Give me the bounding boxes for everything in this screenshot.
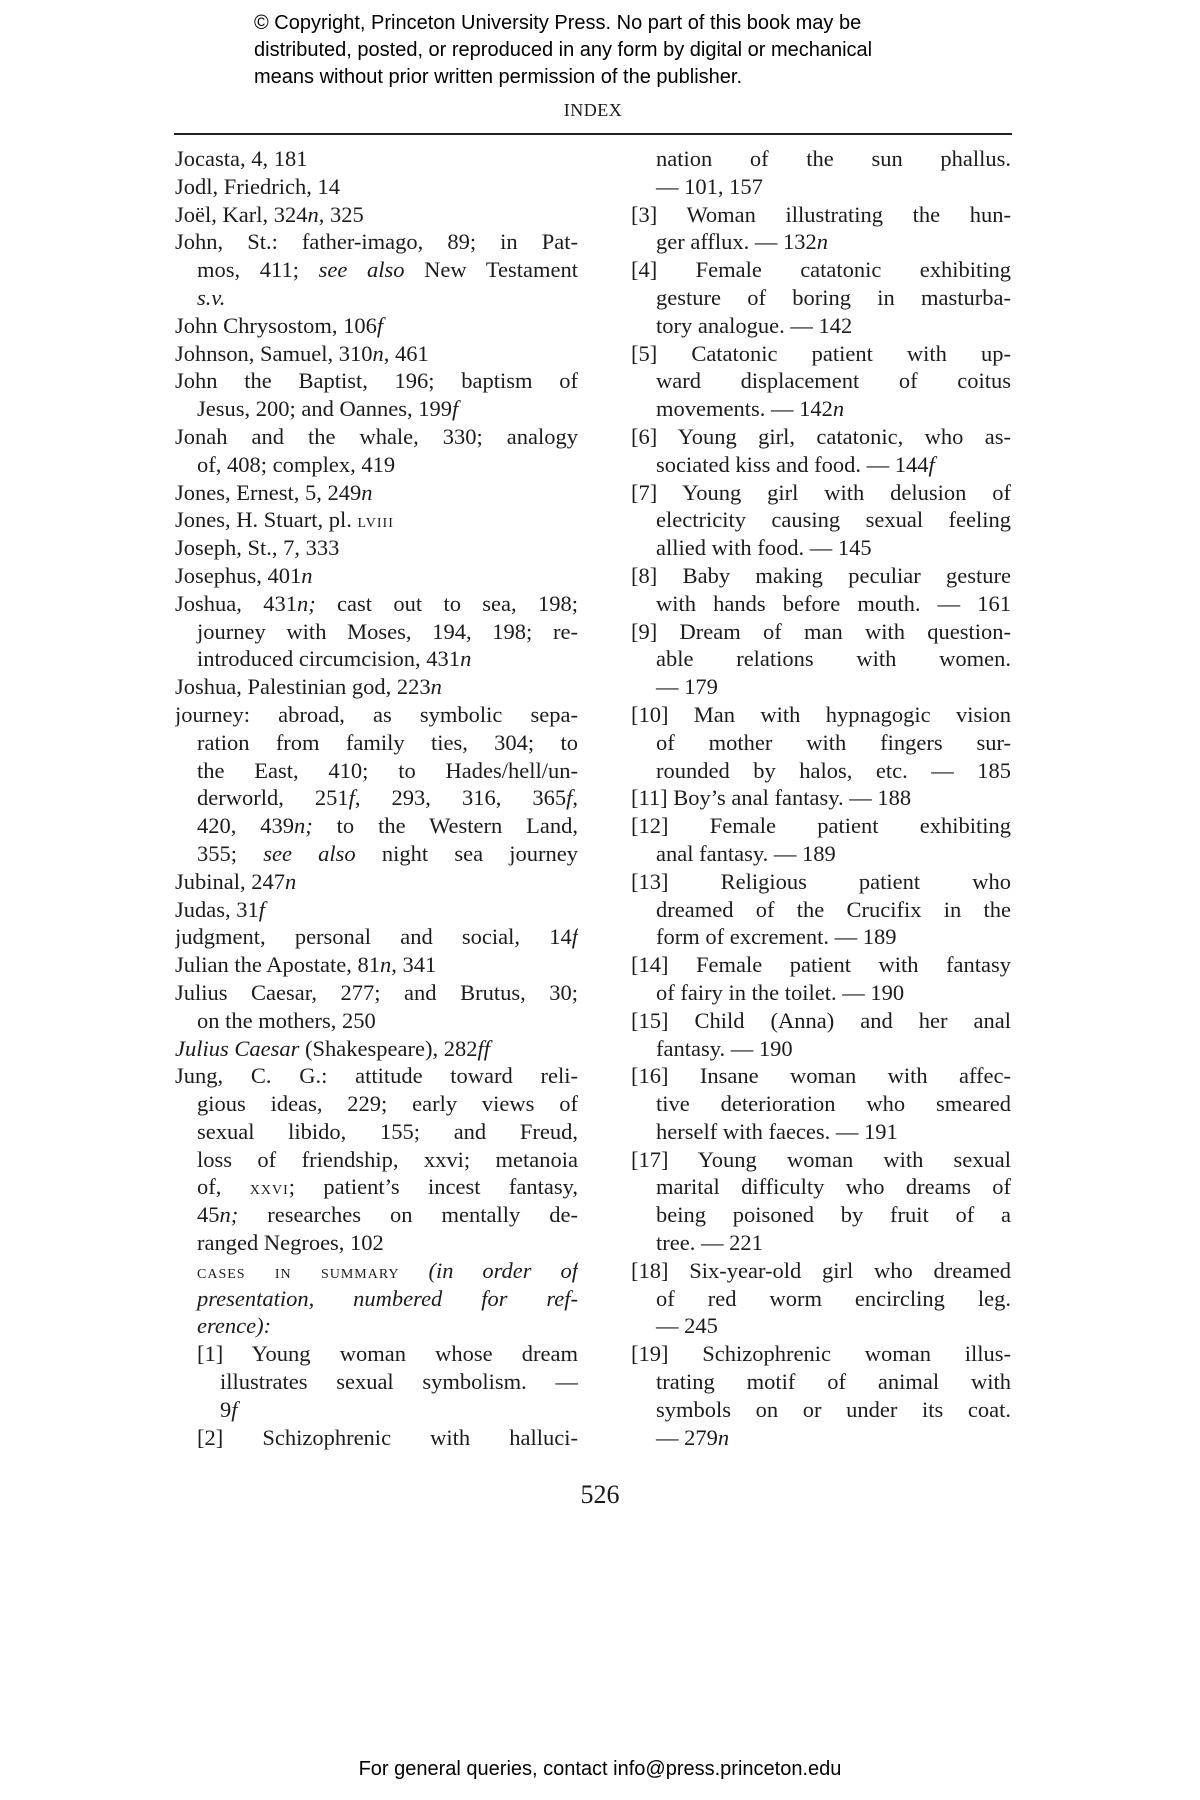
index-text: ration from family ties, 304; to — [197, 730, 578, 755]
index-line: — 279n — [631, 1424, 1011, 1452]
index-text: [7] Young girl with delusion of — [631, 480, 1011, 505]
italic-text: see also — [263, 841, 355, 866]
index-text: with hands before mouth. — 161 — [656, 591, 1011, 616]
index-line: of mother with fingers sur- — [631, 729, 1011, 757]
index-text: Jonah and the whale, 330; analogy — [175, 424, 578, 449]
index-text: Joseph, St., 7, 333 — [175, 535, 339, 560]
small-caps-text: xxvi — [250, 1177, 289, 1199]
italic-text: presentation, numbered for ref- — [197, 1286, 578, 1311]
index-text: , 325 — [319, 202, 364, 227]
index-line: 355; see also night sea journey — [175, 840, 578, 868]
index-text: (Shakespeare), 282 — [299, 1036, 477, 1061]
index-text: — 245 — [656, 1313, 718, 1338]
index-text: [6] Young girl, catatonic, who as- — [631, 424, 1011, 449]
index-text: [4] Female catatonic exhibiting — [631, 257, 1011, 282]
index-line: with hands before mouth. — 161 — [631, 590, 1011, 618]
index-text: , 293, 316, 365 — [355, 785, 566, 810]
index-text: form of excrement. — 189 — [656, 924, 897, 949]
italic-text: f — [259, 897, 265, 922]
index-line: 420, 439n; to the Western Land, — [175, 812, 578, 840]
index-line: [13] Religious patient who — [631, 868, 1011, 896]
running-head: INDEX — [175, 100, 1011, 121]
italic-text: n; — [294, 813, 313, 838]
index-text: John, St.: father-imago, 89; in Pat- — [175, 229, 578, 254]
index-text: ranged Negroes, 102 — [197, 1230, 384, 1255]
index-line: [5] Catatonic patient with up- — [631, 340, 1011, 368]
index-text: sociated kiss and food. — 144 — [656, 452, 928, 477]
italic-text: n — [307, 202, 318, 227]
index-text: [10] Man with hypnagogic vision — [631, 702, 1011, 727]
italic-text: n — [817, 229, 828, 254]
index-text: derworld, 251 — [197, 785, 349, 810]
italic-text: n — [361, 480, 372, 505]
index-line: movements. — 142n — [631, 395, 1011, 423]
index-text: John Chrysostom, 106 — [175, 313, 377, 338]
index-line: [8] Baby making peculiar gesture — [631, 562, 1011, 590]
index-text: night sea journey — [356, 841, 578, 866]
index-text: John the Baptist, 196; baptism of — [175, 368, 578, 393]
index-text: Judas, 31 — [175, 897, 259, 922]
copyright-line: distributed, posted, or reproduced in an… — [254, 37, 974, 64]
index-text: [2] Schizophrenic with halluci- — [197, 1425, 578, 1450]
index-line: [15] Child (Anna) and her anal — [631, 1007, 1011, 1035]
italic-text: Julius Caesar — [175, 1036, 299, 1061]
index-line: [14] Female patient with fantasy — [631, 951, 1011, 979]
index-line: electricity causing sexual feeling — [631, 506, 1011, 534]
index-text: journey with Moses, 194, 198; re- — [197, 619, 578, 644]
italic-text: n; — [297, 591, 316, 616]
index-line: [3] Woman illustrating the hun- — [631, 201, 1011, 229]
index-text: ger afflux. — 132 — [656, 229, 817, 254]
small-caps-text: lviii — [358, 510, 394, 532]
index-text: anal fantasy. — 189 — [656, 841, 836, 866]
index-line: ward displacement of coitus — [631, 367, 1011, 395]
index-line: cases in summary (in order of — [175, 1257, 578, 1285]
index-line: Josephus, 401n — [175, 562, 578, 590]
index-line: tive deterioration who smeared — [631, 1090, 1011, 1118]
index-text: Jodl, Friedrich, 14 — [175, 174, 340, 199]
index-text: [5] Catatonic patient with up- — [631, 341, 1011, 366]
index-line: John, St.: father-imago, 89; in Pat- — [175, 228, 578, 256]
index-line: [6] Young girl, catatonic, who as- — [631, 423, 1011, 451]
index-text: [15] Child (Anna) and her anal — [631, 1008, 1011, 1033]
index-text: 9 — [220, 1397, 231, 1422]
index-text: Jesus, 200; and Oannes, 199 — [197, 396, 452, 421]
index-line: form of excrement. — 189 — [631, 923, 1011, 951]
index-line: of, 408; complex, 419 — [175, 451, 578, 479]
index-text: [8] Baby making peculiar gesture — [631, 563, 1011, 588]
index-line: ration from family ties, 304; to — [175, 729, 578, 757]
index-text: trating motif of animal with — [656, 1369, 1011, 1394]
index-text: loss of friendship, xxvi; metanoia — [197, 1147, 578, 1172]
index-text: tree. — 221 — [656, 1230, 763, 1255]
index-line: [10] Man with hypnagogic vision — [631, 701, 1011, 729]
index-text: [17] Young woman with sexual — [631, 1147, 1011, 1172]
index-text: Julian the Apostate, 81 — [175, 952, 380, 977]
index-text: gious ideas, 229; early views of — [197, 1091, 578, 1116]
index-line: presentation, numbered for ref- — [175, 1285, 578, 1313]
index-line: trating motif of animal with — [631, 1368, 1011, 1396]
index-text: ward displacement of coitus — [656, 368, 1011, 393]
italic-text: s.v. — [197, 285, 225, 310]
index-line: Joseph, St., 7, 333 — [175, 534, 578, 562]
index-text: [14] Female patient with fantasy — [631, 952, 1011, 977]
index-text: symbols on or under its coat. — [656, 1397, 1011, 1422]
index-line: [16] Insane woman with affec- — [631, 1062, 1011, 1090]
index-text: Johnson, Samuel, 310 — [175, 341, 373, 366]
index-line: loss of friendship, xxvi; metanoia — [175, 1146, 578, 1174]
italic-text: n — [431, 674, 442, 699]
index-line: [19] Schizophrenic woman illus- — [631, 1340, 1011, 1368]
index-text: illustrates sexual symbolism. — — [220, 1369, 578, 1394]
index-line: Julian the Apostate, 81n, 341 — [175, 951, 578, 979]
index-line: Julius Caesar (Shakespeare), 282ff — [175, 1035, 578, 1063]
index-text: mos, 411; — [197, 257, 319, 282]
index-column-left: Jocasta, 4, 181Jodl, Friedrich, 14Joël, … — [175, 145, 578, 1451]
index-line: [7] Young girl with delusion of — [631, 479, 1011, 507]
copyright-notice: © Copyright, Princeton University Press.… — [254, 10, 974, 91]
index-line: John the Baptist, 196; baptism of — [175, 367, 578, 395]
index-text: Joël, Karl, 324 — [175, 202, 307, 227]
index-line: Johnson, Samuel, 310n, 461 — [175, 340, 578, 368]
index-text: — 179 — [656, 674, 718, 699]
index-line: nation of the sun phallus. — [631, 145, 1011, 173]
index-line: dreamed of the Crucifix in the — [631, 896, 1011, 924]
index-line: anal fantasy. — 189 — [631, 840, 1011, 868]
index-line: gesture of boring in masturba- — [631, 284, 1011, 312]
index-text: fantasy. — 190 — [656, 1036, 793, 1061]
index-line: herself with faeces. — 191 — [631, 1118, 1011, 1146]
index-text: introduced circumcision, 431 — [197, 646, 460, 671]
index-text: gesture of boring in masturba- — [656, 285, 1011, 310]
index-text: of, — [197, 1174, 250, 1199]
index-text: of, 408; complex, 419 — [197, 452, 395, 477]
index-line: Jones, H. Stuart, pl. lviii — [175, 506, 578, 534]
index-line: rounded by halos, etc. — 185 — [631, 757, 1011, 785]
index-line: mos, 411; see also New Testament — [175, 256, 578, 284]
index-line: journey: abroad, as symbolic sepa- — [175, 701, 578, 729]
index-text: Joshua, 431 — [175, 591, 297, 616]
index-line: — 179 — [631, 673, 1011, 701]
index-text: of mother with fingers sur- — [656, 730, 1011, 755]
index-text: [16] Insane woman with affec- — [631, 1063, 1011, 1088]
index-text: New Testament — [404, 257, 578, 282]
italic-text: n — [718, 1425, 729, 1450]
index-text: Jung, C. G.: attitude toward reli- — [175, 1063, 578, 1088]
index-text: researches on mentally de- — [238, 1202, 578, 1227]
index-line: symbols on or under its coat. — [631, 1396, 1011, 1424]
index-text: journey: abroad, as symbolic sepa- — [175, 702, 578, 727]
small-caps-text: cases in summary — [197, 1261, 400, 1283]
index-line: the East, 410; to Hades/hell/un- — [175, 757, 578, 785]
index-line: Joshua, Palestinian god, 223n — [175, 673, 578, 701]
index-line: [11] Boy’s anal fantasy. — 188 — [631, 784, 1011, 812]
index-line: introduced circumcision, 431n — [175, 645, 578, 673]
index-line: marital difficulty who dreams of — [631, 1173, 1011, 1201]
index-text: [19] Schizophrenic woman illus- — [631, 1341, 1011, 1366]
header-rule — [174, 133, 1012, 135]
italic-text: n — [373, 341, 384, 366]
index-text: , — [572, 785, 578, 810]
index-text: ; patient’s incest fantasy, — [289, 1174, 578, 1199]
index-line: s.v. — [175, 284, 578, 312]
index-text: 355; — [197, 841, 263, 866]
index-text: herself with faeces. — 191 — [656, 1119, 898, 1144]
index-line: Jung, C. G.: attitude toward reli- — [175, 1062, 578, 1090]
index-line: ranged Negroes, 102 — [175, 1229, 578, 1257]
index-text: rounded by halos, etc. — 185 — [656, 758, 1011, 783]
index-text: tive deterioration who smeared — [656, 1091, 1011, 1116]
index-text: [13] Religious patient who — [631, 869, 1011, 894]
index-line: of fairy in the toilet. — 190 — [631, 979, 1011, 1007]
index-text: [3] Woman illustrating the hun- — [631, 202, 1011, 227]
index-text: movements. — 142 — [656, 396, 833, 421]
italic-text: ff — [477, 1036, 490, 1061]
index-line: [2] Schizophrenic with halluci- — [175, 1424, 578, 1452]
index-text: 45 — [197, 1202, 220, 1227]
index-text: Julius Caesar, 277; and Brutus, 30; — [175, 980, 578, 1005]
index-text: [1] Young woman whose dream — [197, 1341, 578, 1366]
index-text: able relations with women. — [656, 646, 1011, 671]
italic-text: n — [833, 396, 844, 421]
index-text: nation of the sun phallus. — [656, 146, 1011, 171]
italic-text: n — [301, 563, 312, 588]
index-text: [12] Female patient exhibiting — [631, 813, 1011, 838]
index-line: Joshua, 431n; cast out to sea, 198; — [175, 590, 578, 618]
italic-text: f — [452, 396, 458, 421]
index-line: allied with food. — 145 — [631, 534, 1011, 562]
index-line: Julius Caesar, 277; and Brutus, 30; — [175, 979, 578, 1007]
index-text: being poisoned by fruit of a — [656, 1202, 1011, 1227]
index-line: Jubinal, 247n — [175, 868, 578, 896]
index-text: Jubinal, 247 — [175, 869, 285, 894]
italic-text: (in order of — [400, 1258, 578, 1283]
index-text: 420, 439 — [197, 813, 294, 838]
index-line: judgment, personal and social, 14f — [175, 923, 578, 951]
index-line: [17] Young woman with sexual — [631, 1146, 1011, 1174]
index-text: Josephus, 401 — [175, 563, 301, 588]
index-text: of fairy in the toilet. — 190 — [656, 980, 904, 1005]
index-line: Jocasta, 4, 181 — [175, 145, 578, 173]
index-line: [1] Young woman whose dream — [175, 1340, 578, 1368]
italic-text: n — [380, 952, 391, 977]
index-text: electricity causing sexual feeling — [656, 507, 1011, 532]
index-line: derworld, 251f, 293, 316, 365f, — [175, 784, 578, 812]
index-line: [18] Six-year-old girl who dreamed — [631, 1257, 1011, 1285]
index-line: fantasy. — 190 — [631, 1035, 1011, 1063]
index-column-right: nation of the sun phallus.— 101, 157[3] … — [631, 145, 1011, 1451]
index-line: Jesus, 200; and Oannes, 199f — [175, 395, 578, 423]
index-line: journey with Moses, 194, 198; re- — [175, 618, 578, 646]
index-line: tree. — 221 — [631, 1229, 1011, 1257]
index-text: , 341 — [391, 952, 436, 977]
index-text: Jones, Ernest, 5, 249 — [175, 480, 361, 505]
index-line: being poisoned by fruit of a — [631, 1201, 1011, 1229]
index-line: Jodl, Friedrich, 14 — [175, 173, 578, 201]
index-text: cast out to sea, 198; — [316, 591, 578, 616]
index-line: able relations with women. — [631, 645, 1011, 673]
index-line: gious ideas, 229; early views of — [175, 1090, 578, 1118]
index-line: Judas, 31f — [175, 896, 578, 924]
index-line: — 245 — [631, 1312, 1011, 1340]
index-line: illustrates sexual symbolism. — — [175, 1368, 578, 1396]
index-line: Jones, Ernest, 5, 249n — [175, 479, 578, 507]
index-line: sociated kiss and food. — 144f — [631, 451, 1011, 479]
italic-text: n; — [220, 1202, 239, 1227]
index-text: on the mothers, 250 — [197, 1008, 376, 1033]
index-text: sexual libido, 155; and Freud, — [197, 1119, 578, 1144]
italic-text: erence): — [197, 1313, 271, 1338]
index-line: [12] Female patient exhibiting — [631, 812, 1011, 840]
index-line: 9f — [175, 1396, 578, 1424]
index-line: ger afflux. — 132n — [631, 228, 1011, 256]
index-line: Joël, Karl, 324n, 325 — [175, 201, 578, 229]
index-text: Jones, H. Stuart, pl. — [175, 507, 358, 532]
index-text: allied with food. — 145 — [656, 535, 872, 560]
italic-text: f — [377, 313, 383, 338]
footer-contact: For general queries, contact info@press.… — [0, 1758, 1200, 1781]
index-text: [18] Six-year-old girl who dreamed — [631, 1258, 1011, 1283]
index-line: of, xxvi; patient’s incest fantasy, — [175, 1173, 578, 1201]
index-line: of red worm encircling leg. — [631, 1285, 1011, 1313]
italic-text: n — [285, 869, 296, 894]
index-line: Jonah and the whale, 330; analogy — [175, 423, 578, 451]
index-line: tory analogue. — 142 — [631, 312, 1011, 340]
page-number: 526 — [0, 1480, 1200, 1510]
index-text: , 461 — [384, 341, 429, 366]
index-text: dreamed of the Crucifix in the — [656, 897, 1011, 922]
index-text: — 279 — [656, 1425, 718, 1450]
index-text: tory analogue. — 142 — [656, 313, 852, 338]
index-line: [9] Dream of man with question- — [631, 618, 1011, 646]
index-text: the East, 410; to Hades/hell/un- — [197, 758, 578, 783]
italic-text: see also — [319, 257, 405, 282]
copyright-line: © Copyright, Princeton University Press.… — [254, 10, 974, 37]
index-line: 45n; researches on mentally de- — [175, 1201, 578, 1229]
italic-text: f — [572, 924, 578, 949]
index-text: judgment, personal and social, 14 — [175, 924, 572, 949]
index-text: — 101, 157 — [656, 174, 763, 199]
index-text: Joshua, Palestinian god, 223 — [175, 674, 431, 699]
index-line: John Chrysostom, 106f — [175, 312, 578, 340]
index-text: marital difficulty who dreams of — [656, 1174, 1011, 1199]
italic-text: f — [231, 1397, 237, 1422]
index-line: on the mothers, 250 — [175, 1007, 578, 1035]
index-line: — 101, 157 — [631, 173, 1011, 201]
italic-text: n — [460, 646, 471, 671]
index-text: [9] Dream of man with question- — [631, 619, 1011, 644]
copyright-line: means without prior written permission o… — [254, 64, 974, 91]
index-line: [4] Female catatonic exhibiting — [631, 256, 1011, 284]
italic-text: f — [928, 452, 934, 477]
index-text: Jocasta, 4, 181 — [175, 146, 307, 171]
index-line: sexual libido, 155; and Freud, — [175, 1118, 578, 1146]
index-text: of red worm encircling leg. — [656, 1286, 1011, 1311]
index-text: [11] Boy’s anal fantasy. — 188 — [631, 785, 911, 810]
index-line: erence): — [175, 1312, 578, 1340]
index-text: to the Western Land, — [313, 813, 578, 838]
